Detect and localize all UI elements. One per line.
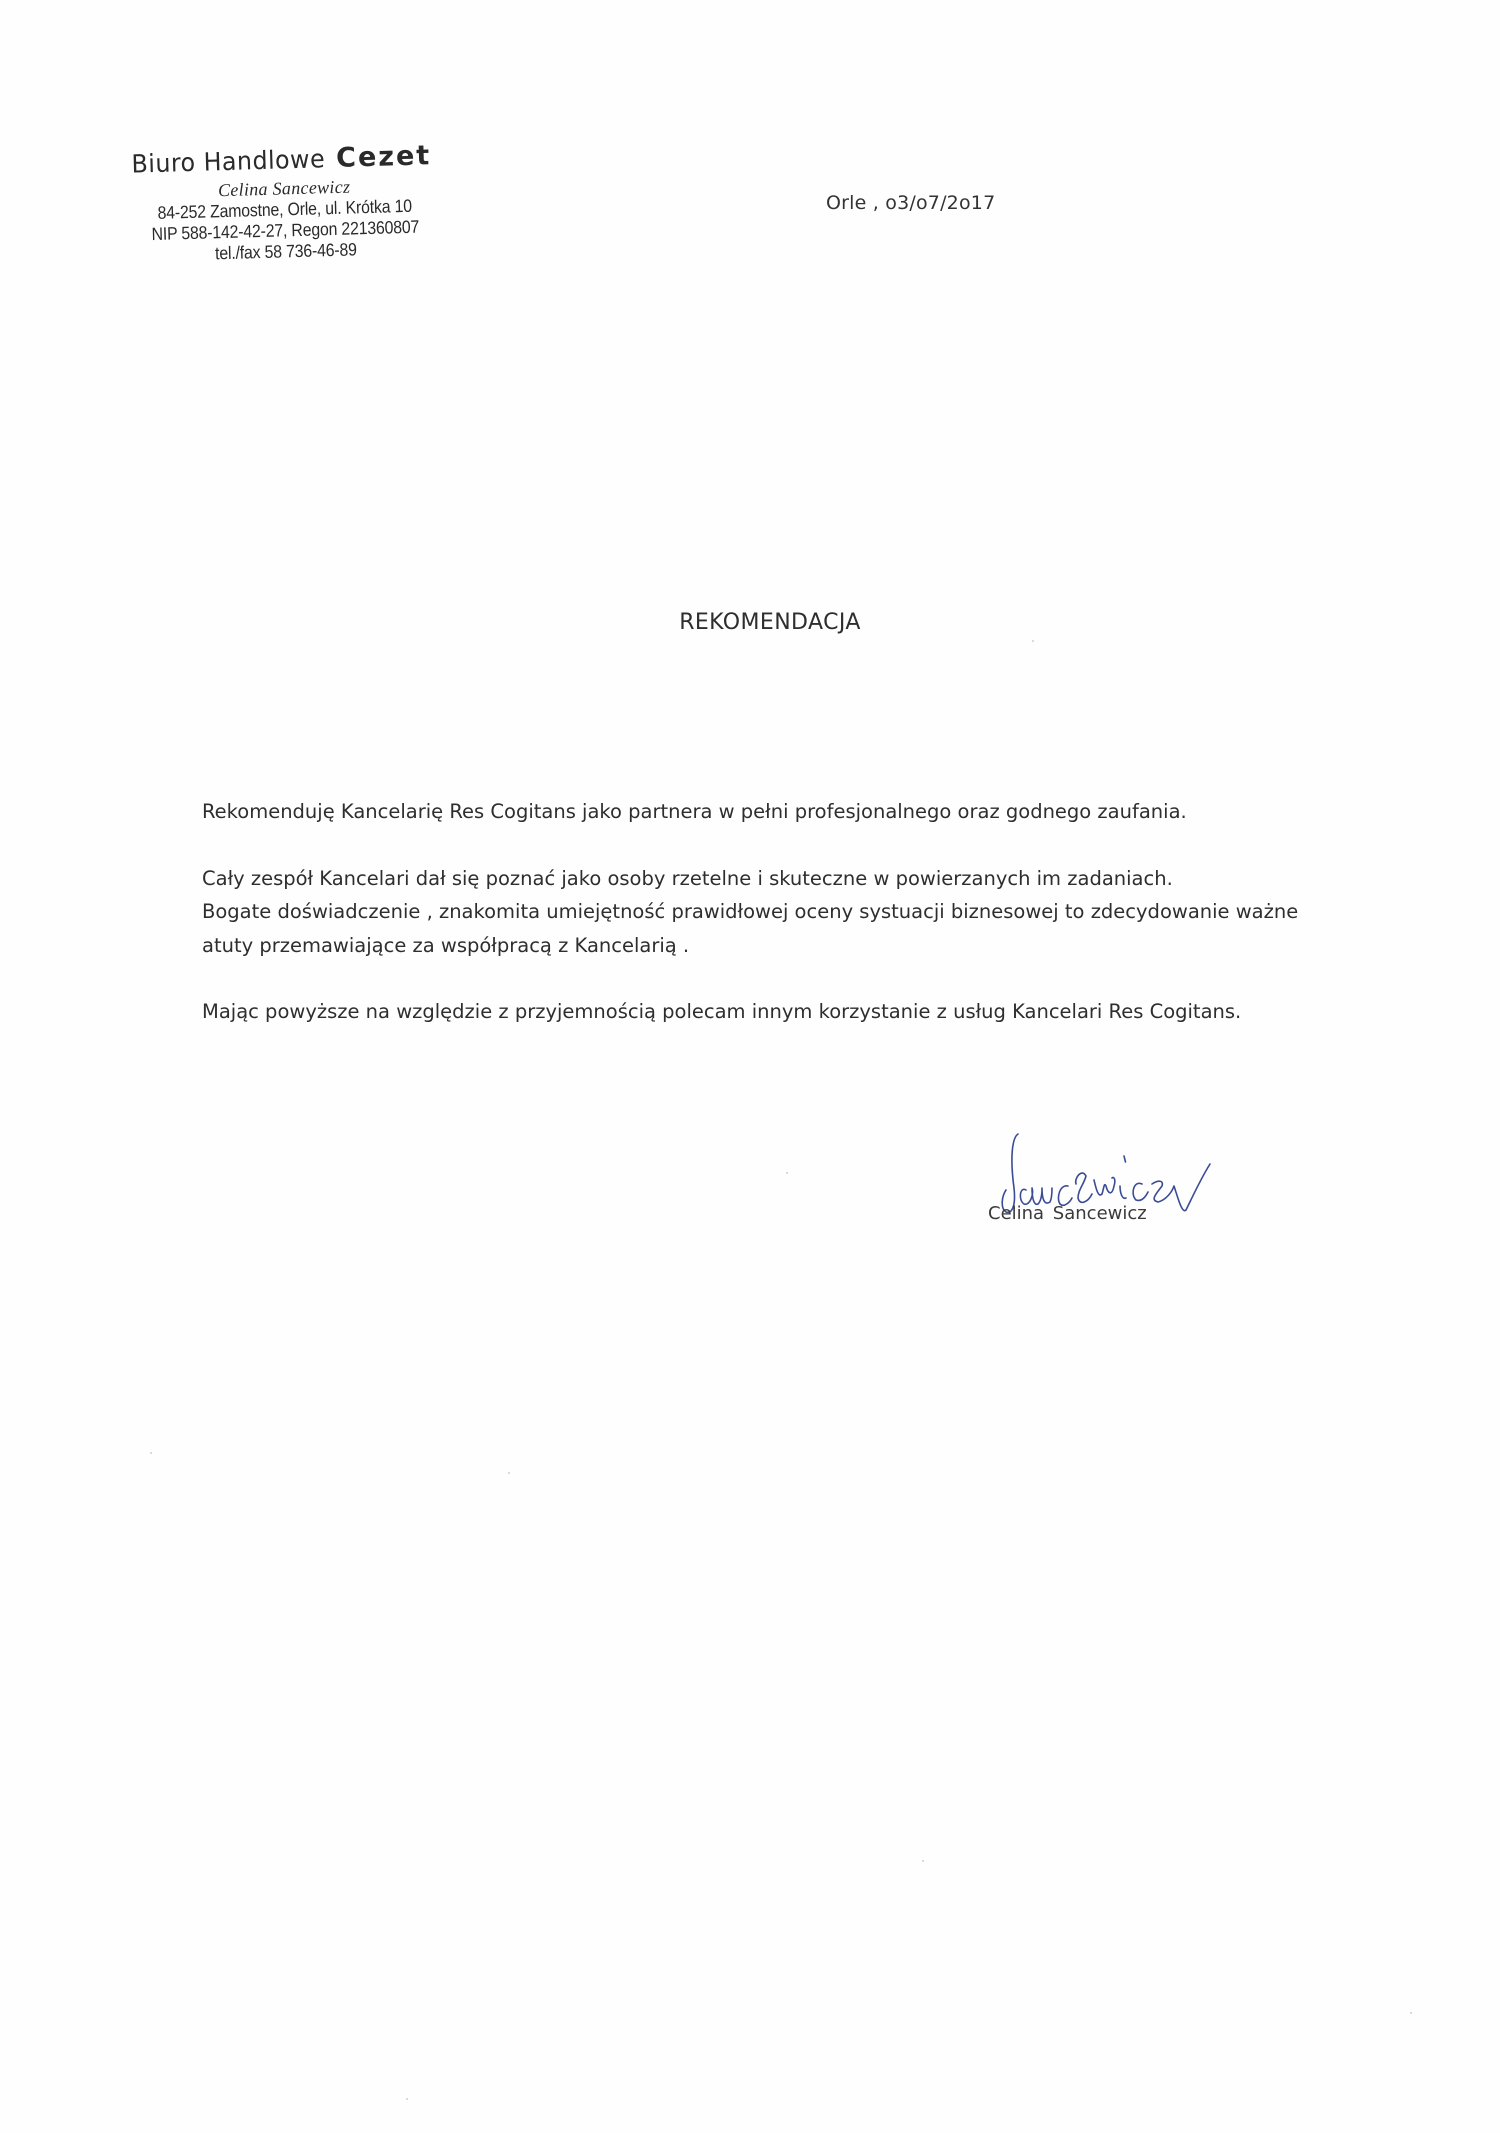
company-brand: Cezet	[336, 140, 432, 174]
place-and-date: Orle , o3/o7/2o17	[826, 192, 995, 214]
scan-speck	[786, 1172, 788, 1174]
paragraph-recommendation: Rekomenduję Kancelarię Res Cogitans jako…	[202, 795, 1402, 829]
scan-speck	[150, 1452, 152, 1454]
body-line: atuty przemawiające za współpracą z Kanc…	[202, 929, 1402, 963]
body-line: Mając powyższe na względzie z przyjemnoś…	[202, 995, 1402, 1029]
signer-name: Celina Sancewicz	[988, 1203, 1147, 1224]
document-title: REKOMENDACJA	[0, 610, 1500, 635]
body-line: Cały zespół Kancelari dał się poznać jak…	[202, 862, 1402, 896]
scan-speck	[922, 1860, 924, 1862]
document-page: Biuro HandloweCezet Celina Sancewicz 84-…	[0, 0, 1500, 2133]
scan-speck	[1410, 2012, 1412, 2014]
company-name-plain: Biuro Handlowe	[131, 144, 325, 179]
body-line: Rekomenduję Kancelarię Res Cogitans jako…	[202, 795, 1402, 829]
scan-speck	[406, 2098, 408, 2100]
body-line: Bogate doświadczenie , znakomita umiejęt…	[202, 895, 1402, 929]
paragraph-closing: Mając powyższe na względzie z przyjemnoś…	[202, 995, 1402, 1029]
paragraph-team-qualities: Cały zespół Kancelari dał się poznać jak…	[202, 862, 1402, 963]
scan-speck	[1032, 640, 1034, 642]
letterhead-stamp: Biuro HandloweCezet Celina Sancewicz 84-…	[118, 141, 451, 267]
scan-speck	[508, 1472, 510, 1474]
letter-body: Rekomenduję Kancelarię Res Cogitans jako…	[202, 795, 1402, 1062]
